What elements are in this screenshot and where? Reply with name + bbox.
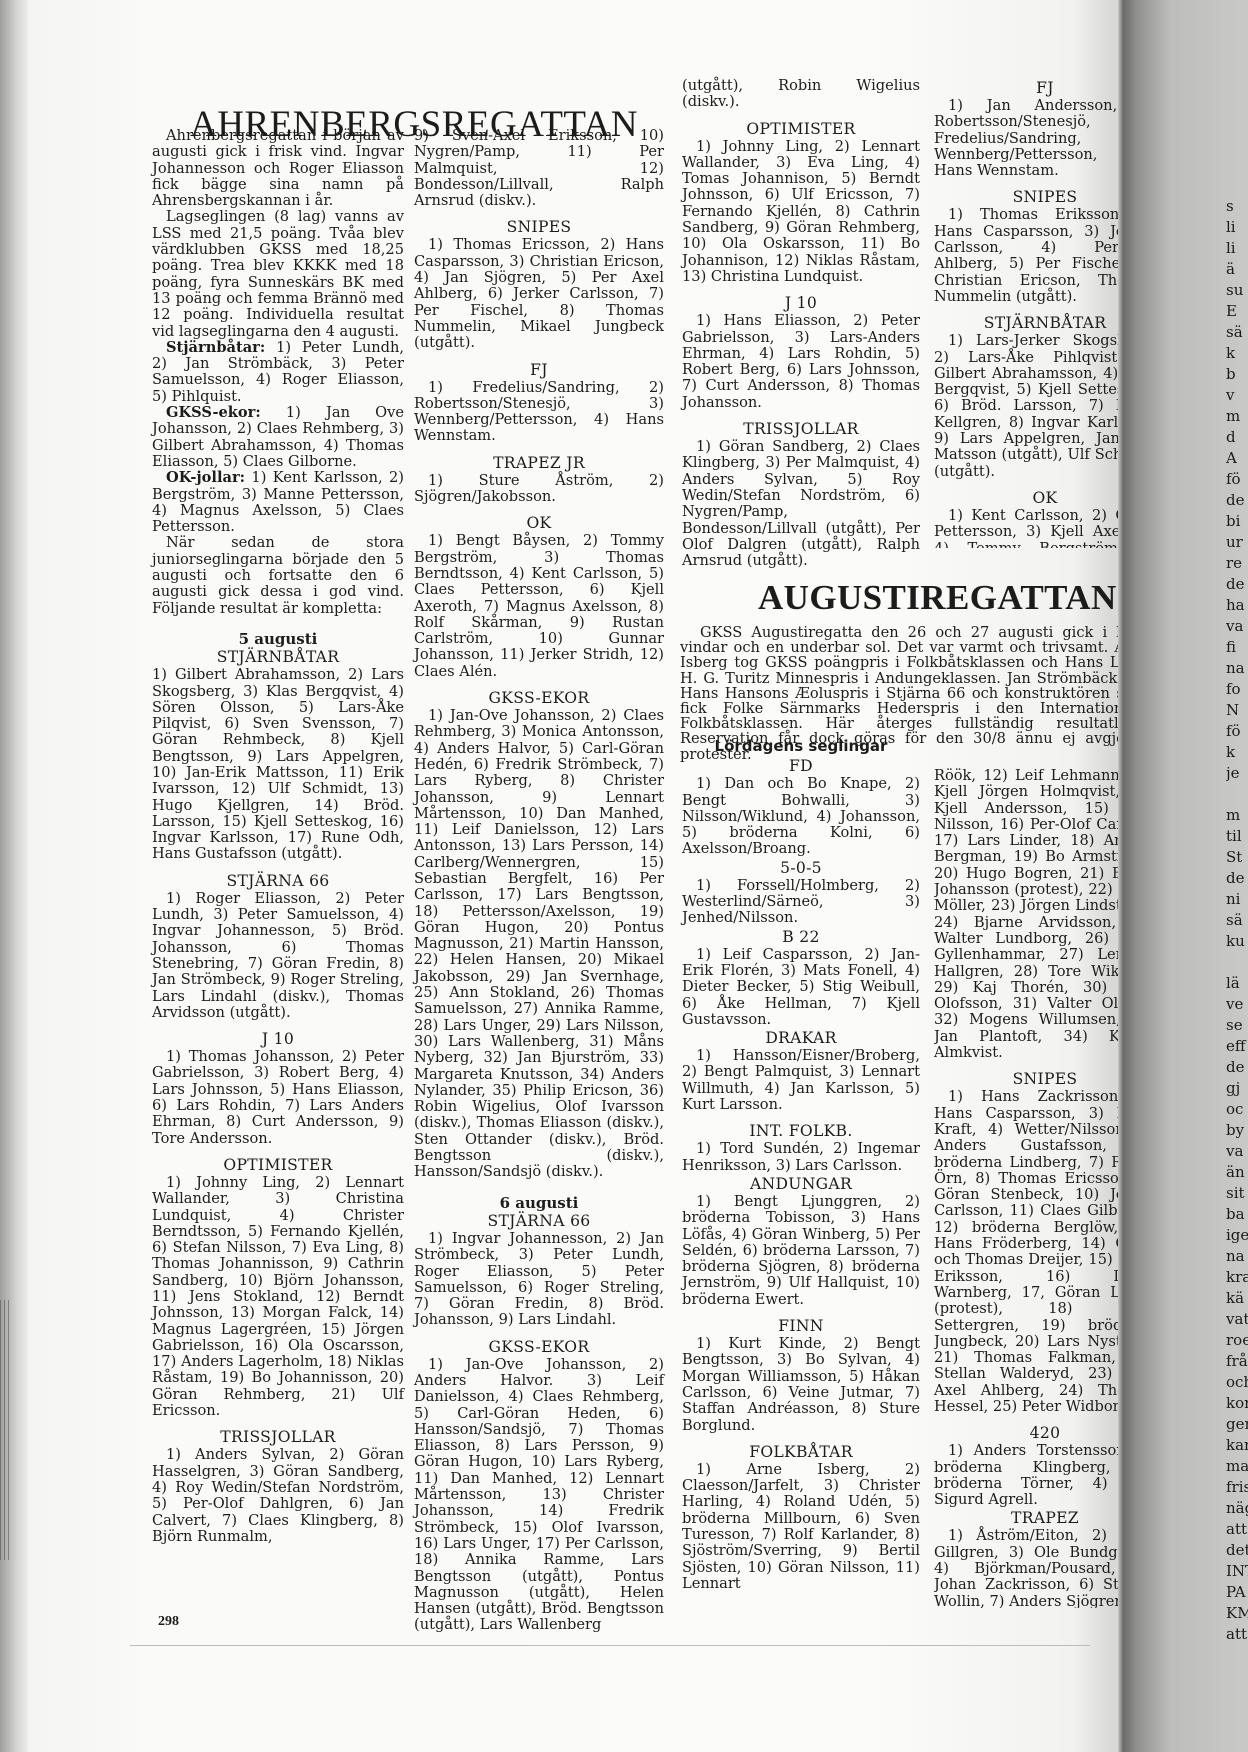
team-result-label: OK-jollar: bbox=[166, 469, 245, 486]
facing-page-line: näg bbox=[1226, 1498, 1248, 1519]
class-heading: OK bbox=[414, 515, 664, 532]
facing-page-line: til bbox=[1226, 826, 1248, 847]
class-heading: FJ bbox=[414, 362, 664, 379]
column-4-upper: FJ 1) Jan Andersson, 2) Robertsson/Stene… bbox=[934, 78, 1118, 548]
class-results: 1) Hansson/Eisner/Broberg, 2) Bengt Palm… bbox=[682, 1048, 920, 1113]
facing-page-line: va bbox=[1226, 1141, 1248, 1162]
facing-page-line: ger bbox=[1226, 1414, 1248, 1435]
class-heading: GKSS-EKOR bbox=[414, 690, 664, 707]
facing-page-line: m bbox=[1226, 406, 1248, 427]
team-result: Stjärnbåtar: 1) Peter Lundh, 2) Jan Strö… bbox=[152, 340, 404, 405]
facing-page-line: de bbox=[1226, 1057, 1248, 1078]
class-results: 1) Lars-Jerker Skogsberg, 2) Lars-Åke Pi… bbox=[934, 333, 1118, 480]
class-results: 1) Dan och Bo Knape, 2) Bengt Bohwalli, … bbox=[682, 776, 920, 857]
facing-page-line: A bbox=[1226, 448, 1248, 469]
facing-page-line: att bbox=[1226, 1519, 1248, 1540]
class-results: 1) Bengt Ljunggren, 2) bröderna Tobisson… bbox=[682, 1194, 920, 1308]
intro-paragraph: Ahrenbergsregattan i början av augusti g… bbox=[152, 128, 404, 209]
class-results: 1) Gilbert Abrahamsson, 2) Lars Skogsber… bbox=[152, 667, 404, 863]
class-heading: SNIPES bbox=[934, 189, 1118, 206]
class-results: 1) Roger Eliasson, 2) Peter Lundh, 3) Pe… bbox=[152, 891, 404, 1021]
class-heading: GKSS-EKOR bbox=[414, 1339, 664, 1356]
class-results: 1) Göran Sandberg, 2) Claes Klingberg, 3… bbox=[682, 439, 920, 569]
facing-page-line bbox=[1226, 952, 1248, 973]
class-heading: STJÄRNBÅTAR bbox=[934, 315, 1118, 332]
facing-page-line: li bbox=[1226, 217, 1248, 238]
class-heading: STJÄRNA 66 bbox=[152, 873, 404, 890]
junior-intro: När sedan de stora juniorseglingarna bör… bbox=[152, 535, 404, 616]
magazine-page: AHRENBERGSREGATTAN Ahrenbergsregattan i … bbox=[0, 0, 1248, 1752]
facing-page-line: kor bbox=[1226, 1393, 1248, 1414]
class-results-continued: Röök, 12) Leif Lehmann, 13) Kjell Jörgen… bbox=[934, 768, 1118, 1061]
facing-page-line: gj bbox=[1226, 1078, 1248, 1099]
facing-page-line: de bbox=[1226, 868, 1248, 889]
column-3-upper: (utgått), Robin Wigelius (diskv.). OPTIM… bbox=[682, 78, 920, 569]
facing-page-line: fi bbox=[1226, 637, 1248, 658]
facing-page-line: de bbox=[1226, 490, 1248, 511]
class-results: 1) Jan Andersson, 2) Robertsson/Stenesjö… bbox=[934, 98, 1118, 179]
facing-page-line: d bbox=[1226, 427, 1248, 448]
class-results: 1) Kent Carlsson, 2) Claes Pettersson, 3… bbox=[934, 508, 1118, 548]
facing-page-line: St bbox=[1226, 847, 1248, 868]
facing-page-line: bi bbox=[1226, 511, 1248, 532]
facing-page-line: na bbox=[1226, 658, 1248, 679]
article-title-augustiregattan: AUGUSTIREGATTAN bbox=[758, 578, 1117, 618]
class-heading: OPTIMISTER bbox=[152, 1157, 404, 1174]
facing-page-line: li bbox=[1226, 238, 1248, 259]
facing-page-line: kar bbox=[1226, 1435, 1248, 1456]
class-heading: TRISSJOLLAR bbox=[152, 1429, 404, 1446]
class-heading: TRISSJOLLAR bbox=[682, 421, 920, 438]
class-results: 1) Forssell/Holmberg, 2) Westerlind/Särn… bbox=[682, 878, 920, 927]
class-results: 1) Anders Torstensson, 2) bröderna Kling… bbox=[934, 1443, 1118, 1508]
facing-page-line: KM bbox=[1226, 1603, 1248, 1624]
facing-page-line: ni bbox=[1226, 889, 1248, 910]
class-heading: OPTIMISTER bbox=[682, 121, 920, 138]
class-heading: TRAPEZ JR bbox=[414, 455, 664, 472]
class-results: 1) Bengt Båysen, 2) Tommy Bergström, 3) … bbox=[414, 533, 664, 680]
facing-page-fragment: sliliäsuEsäkbvmdAfödebiurredehavafinafoN… bbox=[1226, 196, 1248, 1645]
facing-page-line: N bbox=[1226, 700, 1248, 721]
class-results: 1) Kurt Kinde, 2) Bengt Bengtsson, 3) Bo… bbox=[682, 1336, 920, 1434]
column-1: Ahrenbergsregattan i början av augusti g… bbox=[152, 128, 404, 1545]
class-results: 1) Thomas Johansson, 2) Peter Gabrielsso… bbox=[152, 1049, 404, 1147]
facing-page-line bbox=[1226, 784, 1248, 805]
class-heading: OK bbox=[934, 490, 1118, 507]
facing-page-line: eff bbox=[1226, 1036, 1248, 1057]
class-results: 1) Arne Isberg, 2) Claesson/Jarfelt, 3) … bbox=[682, 1462, 920, 1592]
class-results: 1) Jan-Ove Johansson, 2) Claes Rehmberg,… bbox=[414, 708, 664, 1181]
facing-page-line: ku bbox=[1226, 931, 1248, 952]
facing-page-line: och bbox=[1226, 1372, 1248, 1393]
class-results: 1) Johnny Ling, 2) Lennart Wallander, 3)… bbox=[152, 1175, 404, 1419]
class-heading: J 10 bbox=[152, 1031, 404, 1048]
facing-page-line: s bbox=[1226, 196, 1248, 217]
date-heading: 6 augusti bbox=[414, 1195, 664, 1211]
class-results: 1) Ingvar Johannesson, 2) Jan Strömbeck,… bbox=[414, 1231, 664, 1329]
class-results: 1) Anders Sylvan, 2) Göran Hasselgren, 3… bbox=[152, 1447, 404, 1545]
facing-page-line: ha bbox=[1226, 595, 1248, 616]
class-results: 1) Åström/Eiton, 2) Pelle Gillgren, 3) O… bbox=[934, 1528, 1118, 1608]
facing-page-line: PA bbox=[1226, 1582, 1248, 1603]
team-result-label: GKSS-ekor: bbox=[166, 404, 261, 421]
class-heading: SNIPES bbox=[414, 219, 664, 236]
facing-page-line: kä bbox=[1226, 1288, 1248, 1309]
class-heading: ANDUNGAR bbox=[682, 1176, 920, 1193]
facing-page-line: ä bbox=[1226, 259, 1248, 280]
facing-page-line: fo bbox=[1226, 679, 1248, 700]
facing-page-line: m bbox=[1226, 805, 1248, 826]
class-results-continued: 9) Sven-Axel Eriksson, 10) Nygren/Pamp, … bbox=[414, 128, 664, 209]
class-heading: J 10 bbox=[682, 295, 920, 312]
facing-page-line: fö bbox=[1226, 469, 1248, 490]
class-results: 1) Thomas Ericsson, 2) Hans Casparsson, … bbox=[414, 237, 664, 351]
class-results: 1) Jan-Ove Johansson, 2) Anders Halvor. … bbox=[414, 1357, 664, 1634]
facing-page-line: k bbox=[1226, 742, 1248, 763]
class-heading: STJÄRNBÅTAR bbox=[152, 649, 404, 666]
facing-page-line: sä bbox=[1226, 910, 1248, 931]
facing-page-line: ma bbox=[1226, 1456, 1248, 1477]
class-results: 1) Hans Zackrisson, 2) Hans Casparsson, … bbox=[934, 1089, 1118, 1415]
class-heading: FJ bbox=[934, 80, 1118, 97]
column-4-lower: Röök, 12) Leif Lehmann, 13) Kjell Jörgen… bbox=[934, 768, 1118, 1608]
facing-page-line: sä bbox=[1226, 322, 1248, 343]
class-results: 1) Hans Eliasson, 2) Peter Gabrielsson, … bbox=[682, 313, 920, 411]
facing-page-line: det bbox=[1226, 1540, 1248, 1561]
class-heading: INT. FOLKB. bbox=[682, 1123, 920, 1140]
section-heading: Lördagens seglingar bbox=[682, 738, 920, 754]
bottom-rule bbox=[130, 1645, 1090, 1646]
class-results: 1) Tord Sundén, 2) Ingemar Henriksson, 3… bbox=[682, 1141, 920, 1174]
facing-page-line: vat bbox=[1226, 1309, 1248, 1330]
facing-page-line: att bbox=[1226, 1624, 1248, 1645]
facing-page-line: ve bbox=[1226, 994, 1248, 1015]
class-heading: SNIPES bbox=[934, 1071, 1118, 1088]
intro-paragraph: Lagseglingen (8 lag) vanns av LSS med 21… bbox=[152, 209, 404, 339]
facing-page-line: ba bbox=[1226, 1204, 1248, 1225]
class-results-continued: (utgått), Robin Wigelius (diskv.). bbox=[682, 78, 920, 111]
class-results: 1) Leif Casparsson, 2) Jan-Erik Florén, … bbox=[682, 947, 920, 1028]
team-result-label: Stjärnbåtar: bbox=[166, 339, 265, 356]
facing-page-line: roe bbox=[1226, 1330, 1248, 1351]
facing-page-line: fö bbox=[1226, 721, 1248, 742]
date-heading: 5 augusti bbox=[152, 631, 404, 647]
facing-page-line: v bbox=[1226, 385, 1248, 406]
facing-page-line: de bbox=[1226, 574, 1248, 595]
facing-page-line: va bbox=[1226, 616, 1248, 637]
class-results: 1) Johnny Ling, 2) Lennart Wallander, 3)… bbox=[682, 139, 920, 286]
facing-page-line: oc bbox=[1226, 1099, 1248, 1120]
class-heading: B 22 bbox=[682, 929, 920, 946]
column-3-lower: Lördagens seglingar FD 1) Dan och Bo Kna… bbox=[682, 716, 920, 1592]
facing-page-line: ur bbox=[1226, 532, 1248, 553]
team-result: GKSS-ekor: 1) Jan Ove Johansson, 2) Clae… bbox=[152, 405, 404, 470]
class-results: 1) Sture Åström, 2) Sjögren/Jakobsson. bbox=[414, 473, 664, 506]
facing-page-line: E bbox=[1226, 301, 1248, 322]
class-results: 1) Fredelius/Sandring, 2) Robertsson/Ste… bbox=[414, 380, 664, 445]
facing-page-line: INT bbox=[1226, 1561, 1248, 1582]
facing-page-line: kra bbox=[1226, 1267, 1248, 1288]
class-heading: 5-0-5 bbox=[682, 860, 920, 877]
class-heading: FINN bbox=[682, 1318, 920, 1335]
class-heading: TRAPEZ bbox=[934, 1510, 1118, 1527]
class-heading: FD bbox=[682, 758, 920, 775]
team-result: OK-jollar: 1) Kent Karlsson, 2) Bergströ… bbox=[152, 470, 404, 535]
facing-page-line: frå bbox=[1226, 1351, 1248, 1372]
facing-page-line: b bbox=[1226, 364, 1248, 385]
facing-page-line: na bbox=[1226, 1246, 1248, 1267]
page-edge-strip bbox=[0, 1300, 12, 1560]
facing-page-line: su bbox=[1226, 280, 1248, 301]
class-heading: DRAKAR bbox=[682, 1030, 920, 1047]
page-number: 298 bbox=[158, 1614, 179, 1630]
facing-page-line: k bbox=[1226, 343, 1248, 364]
class-heading: FOLKBÅTAR bbox=[682, 1444, 920, 1461]
facing-page-line: se bbox=[1226, 1015, 1248, 1036]
facing-page-line: fris bbox=[1226, 1477, 1248, 1498]
facing-page-line: lä bbox=[1226, 973, 1248, 994]
facing-page-line: je bbox=[1226, 763, 1248, 784]
facing-page-line: ige bbox=[1226, 1225, 1248, 1246]
class-heading: 420 bbox=[934, 1425, 1118, 1442]
class-heading: STJÄRNA 66 bbox=[414, 1213, 664, 1230]
facing-page-line: re bbox=[1226, 553, 1248, 574]
facing-page-line: sit bbox=[1226, 1183, 1248, 1204]
class-results: 1) Thomas Eriksson, 2) Hans Casparsson, … bbox=[934, 207, 1118, 305]
facing-page-line: än bbox=[1226, 1162, 1248, 1183]
column-2: 9) Sven-Axel Eriksson, 10) Nygren/Pamp, … bbox=[414, 128, 664, 1634]
facing-page-line: by bbox=[1226, 1120, 1248, 1141]
